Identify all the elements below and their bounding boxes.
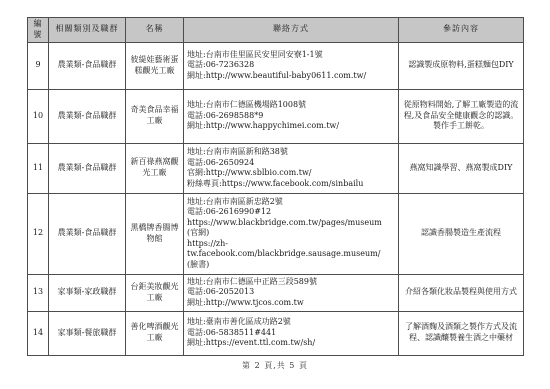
- cell-number: 13: [28, 274, 49, 311]
- contact-line: 地址:台南市佳里區民安里同安寮1-1號: [187, 50, 396, 61]
- contact-line: 電話:06-2052013: [187, 287, 396, 298]
- cell-category: 農業類-食品職群: [49, 193, 126, 274]
- cell-contact: 地址:台南市仁德區機場路1008號 電話:06-2698588*9 網址:htt…: [184, 89, 399, 143]
- cell-contact: 地址:台南市仁德區中正路三段589號 電話:06-2052013 網址:http…: [184, 274, 399, 311]
- contact-line: tw.facebook.com/blackbridge.sausage.muse…: [187, 249, 396, 260]
- col-header-name: 名稱: [126, 18, 184, 43]
- contact-line: 地址:台南市南區新忠路2號: [187, 197, 396, 208]
- cell-category: 農業類-食品職群: [49, 42, 126, 89]
- contact-line: 網址:http://www.beautiful-baby0611.com.tw/: [187, 71, 396, 82]
- cell-category: 家事類-家政職群: [49, 274, 126, 311]
- cell-number: 14: [28, 311, 49, 355]
- contact-line: 地址:台南市南區新和路38號: [187, 147, 396, 158]
- contact-line: 地址:臺南市善化區成功路2號: [187, 317, 396, 328]
- contact-line: 電話:06-7236328: [187, 60, 396, 71]
- cell-visit-content: 認識製成原物料,蛋糕麵包DIY: [399, 42, 524, 89]
- col-header-number: 編號: [28, 18, 49, 43]
- page-number-footer: 第 2 頁,共 5 頁: [0, 360, 550, 371]
- cell-name: 黑橋牌香腸博物館: [126, 193, 184, 274]
- contact-line: 網址:http://www.happychimei.com.tw/: [187, 121, 396, 132]
- table-row: 9 農業類-食品職群 彼緹娃藝術蛋糕觀光工廠 地址:台南市佳里區民安里同安寮1-…: [28, 42, 524, 89]
- cell-visit-content: 了解酒麴及酒類之製作方式及流程、認識釀製養生酒之中藥材: [399, 311, 524, 355]
- contact-line: https://www.blackbridge.com.tw/pages/mus…: [187, 218, 396, 229]
- cell-contact: 地址:台南市南區新和路38號 電話:06-2650924 官網:http://w…: [184, 143, 399, 193]
- cell-category: 農業類-食品職群: [49, 89, 126, 143]
- table-row: 14 家事類-餐旅職群 善化啤酒觀光工廠 地址:臺南市善化區成功路2號 電話:0…: [28, 311, 524, 355]
- cell-number: 12: [28, 193, 49, 274]
- table-row: 10 農業類-食品職群 奇美食品幸福工廠 地址:台南市仁德區機場路1008號 電…: [28, 89, 524, 143]
- contact-line: https://zh-: [187, 239, 396, 250]
- contact-line: 電話:06-2650924: [187, 158, 396, 169]
- table-row: 13 家事類-家政職群 台鉅美妝觀光工廠 地址:台南市仁德區中正路三段589號 …: [28, 274, 524, 311]
- contact-line: (臉書): [187, 260, 396, 271]
- cell-visit-content: 認識香腸製造生產流程: [399, 193, 524, 274]
- cell-number: 9: [28, 42, 49, 89]
- contact-line: 網址:http://www.tjcos.com.tw: [187, 298, 396, 309]
- table-row: 12 農業類-食品職群 黑橋牌香腸博物館 地址:台南市南區新忠路2號 電話:06…: [28, 193, 524, 274]
- contact-line: 網址:https://event.ttl.com.tw/sh/: [187, 338, 396, 349]
- col-header-contact: 聯絡方式: [184, 18, 399, 43]
- cell-name: 奇美食品幸福工廠: [126, 89, 184, 143]
- contact-line: 電話:06-2698588*9: [187, 111, 396, 122]
- contact-line: (官網): [187, 228, 396, 239]
- cell-name: 善化啤酒觀光工廠: [126, 311, 184, 355]
- table-header-row: 編號 相關類別及職群 名稱 聯絡方式 參訪內容: [28, 18, 524, 43]
- contact-line: 電話:06-2616990#12: [187, 207, 396, 218]
- cell-visit-content: 介紹各類化妝品製程與使用方式: [399, 274, 524, 311]
- cell-contact: 地址:臺南市善化區成功路2號 電話:06-5838511#441 網址:http…: [184, 311, 399, 355]
- cell-contact: 地址:台南市佳里區民安里同安寮1-1號 電話:06-7236328 網址:htt…: [184, 42, 399, 89]
- contact-line: 地址:台南市仁德區中正路三段589號: [187, 277, 396, 288]
- cell-category: 農業類-食品職群: [49, 143, 126, 193]
- col-header-category: 相關類別及職群: [49, 18, 126, 43]
- col-header-visit: 參訪內容: [399, 18, 524, 43]
- contact-line: 地址:台南市仁德區機場路1008號: [187, 100, 396, 111]
- cell-category: 家事類-餐旅職群: [49, 311, 126, 355]
- table-row: 11 農業類-食品職群 新百祿燕窩觀光工廠 地址:台南市南區新和路38號 電話:…: [28, 143, 524, 193]
- contact-line: 粉絲專頁:https://www.facebook.com/sinbailu: [187, 179, 396, 190]
- cell-name: 新百祿燕窩觀光工廠: [126, 143, 184, 193]
- cell-name: 台鉅美妝觀光工廠: [126, 274, 184, 311]
- cell-visit-content: 從原物料開始,了解工廠製造的流程,及食品安全健康觀念的認識。製作手工餅乾。: [399, 89, 524, 143]
- cell-number: 11: [28, 143, 49, 193]
- cell-name: 彼緹娃藝術蛋糕觀光工廠: [126, 42, 184, 89]
- contact-line: 官網:http://www.sblbio.com.tw/: [187, 168, 396, 179]
- cell-contact: 地址:台南市南區新忠路2號 電話:06-2616990#12 https://w…: [184, 193, 399, 274]
- cell-visit-content: 燕窩知識學習、燕窩製成DIY: [399, 143, 524, 193]
- document-page: 編號 相關類別及職群 名稱 聯絡方式 參訪內容 9 農業類-食品職群 彼緹娃藝術…: [0, 0, 550, 389]
- cell-number: 10: [28, 89, 49, 143]
- contact-line: 電話:06-5838511#441: [187, 328, 396, 339]
- visit-factory-table: 編號 相關類別及職群 名稱 聯絡方式 參訪內容 9 農業類-食品職群 彼緹娃藝術…: [27, 17, 524, 356]
